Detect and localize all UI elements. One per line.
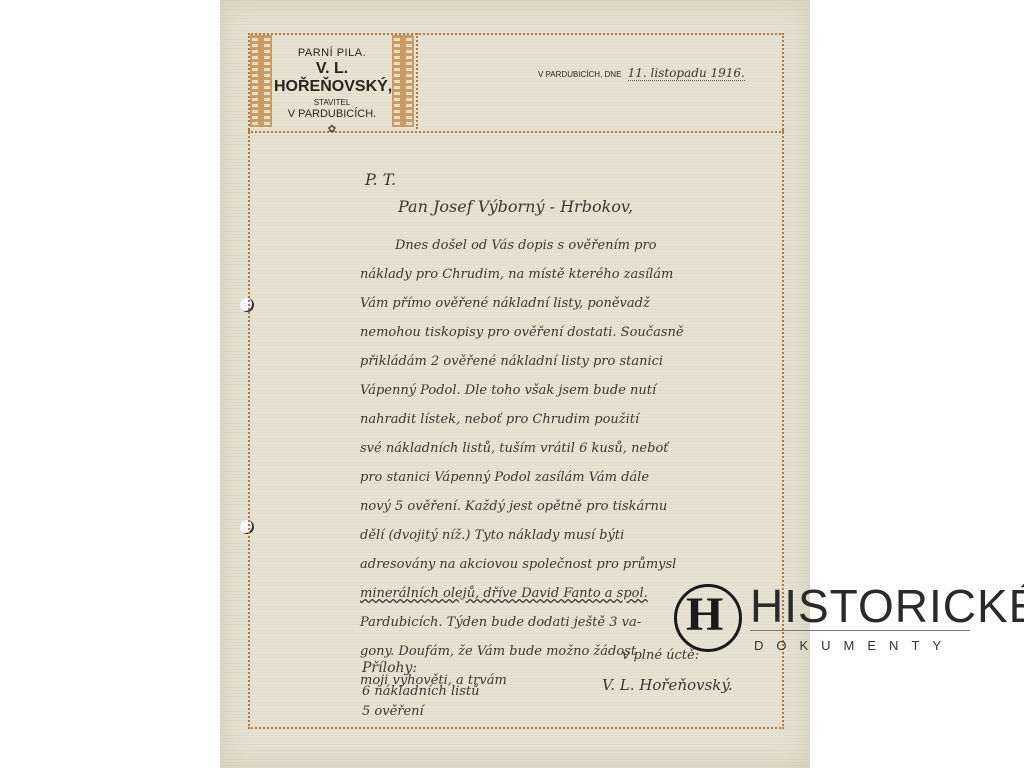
body-line: nemohou tiskopisy pro ověření dostati. S… bbox=[360, 325, 684, 340]
logo-monogram: H bbox=[686, 590, 723, 640]
body-line: Pardubicích. Týden bude dodati ještě 3 v… bbox=[360, 615, 641, 630]
logo-divider bbox=[750, 630, 970, 631]
letterhead-line1: PARNÍ PILA. bbox=[274, 47, 390, 59]
dateline: V PARDUBICÍCH, DNE 11. listopadu 1916. bbox=[538, 66, 745, 80]
salutation-abbr: P. T. bbox=[365, 170, 396, 189]
letterhead: PARNÍ PILA. V. L. HOŘEŇOVSKÝ, STAVITEL V… bbox=[248, 33, 418, 129]
letterhead-profession: STAVITEL bbox=[274, 98, 390, 107]
watermark-logo: H HISTORICKÉ DOKUMENTY bbox=[668, 578, 978, 668]
logo-subtitle: DOKUMENTY bbox=[754, 638, 954, 653]
letterhead-location: V PARDUBICÍCH. bbox=[274, 108, 390, 120]
body-line: Vám přímo ověřené nákladní listy, poněva… bbox=[360, 296, 650, 311]
attachment-item: 5 ověření bbox=[362, 704, 424, 719]
dateline-date: 11. listopadu 1916. bbox=[628, 66, 745, 81]
attachments-title: Přílohy: bbox=[362, 660, 417, 676]
addressee: Pan Josef Výborný - Hrbokov, bbox=[398, 197, 633, 216]
body-line: dělí (dvojitý níž.) Tyto náklady musí bý… bbox=[360, 528, 624, 543]
signature: V. L. Hořeňovský. bbox=[602, 676, 733, 694]
logo-title: HISTORICKÉ bbox=[750, 580, 1024, 632]
body-line: své nákladních listů, tuším vrátil 6 kus… bbox=[360, 441, 669, 456]
dateline-printed: V PARDUBICÍCH, DNE bbox=[538, 70, 621, 79]
ornament-border-icon bbox=[392, 35, 414, 127]
body-line: pro stanici Vápenný Podol zasílám Vám dá… bbox=[360, 470, 649, 485]
body-line: nahradit lístek, neboť pro Chrudim použi… bbox=[360, 412, 639, 427]
body-line: Dnes došel od Vás dopis s ověřením pro bbox=[395, 238, 657, 253]
body-line: minerálních olejů, dříve David Fanto a s… bbox=[360, 586, 648, 601]
body-line: nový 5 ověření. Každý jest opětně pro ti… bbox=[360, 499, 667, 514]
attachment-item: 6 nákladních listů bbox=[362, 684, 480, 699]
body-line: adresovány na akciovou společnost pro pr… bbox=[360, 557, 676, 572]
body-line: Vápenný Podol. Dle toho však jsem bude n… bbox=[360, 383, 656, 398]
body-line: náklady pro Chrudim, na místě kterého za… bbox=[360, 267, 673, 282]
body-line: gony. Doufám, že Vám bude možno žádost bbox=[360, 644, 636, 659]
body-line: přikládám 2 ověřené nákladní listy pro s… bbox=[360, 354, 663, 369]
ornament-border-icon bbox=[250, 35, 272, 127]
ornament-icon: ✿ bbox=[274, 124, 390, 135]
company-name: V. L. HOŘEŇOVSKÝ, bbox=[274, 60, 390, 96]
